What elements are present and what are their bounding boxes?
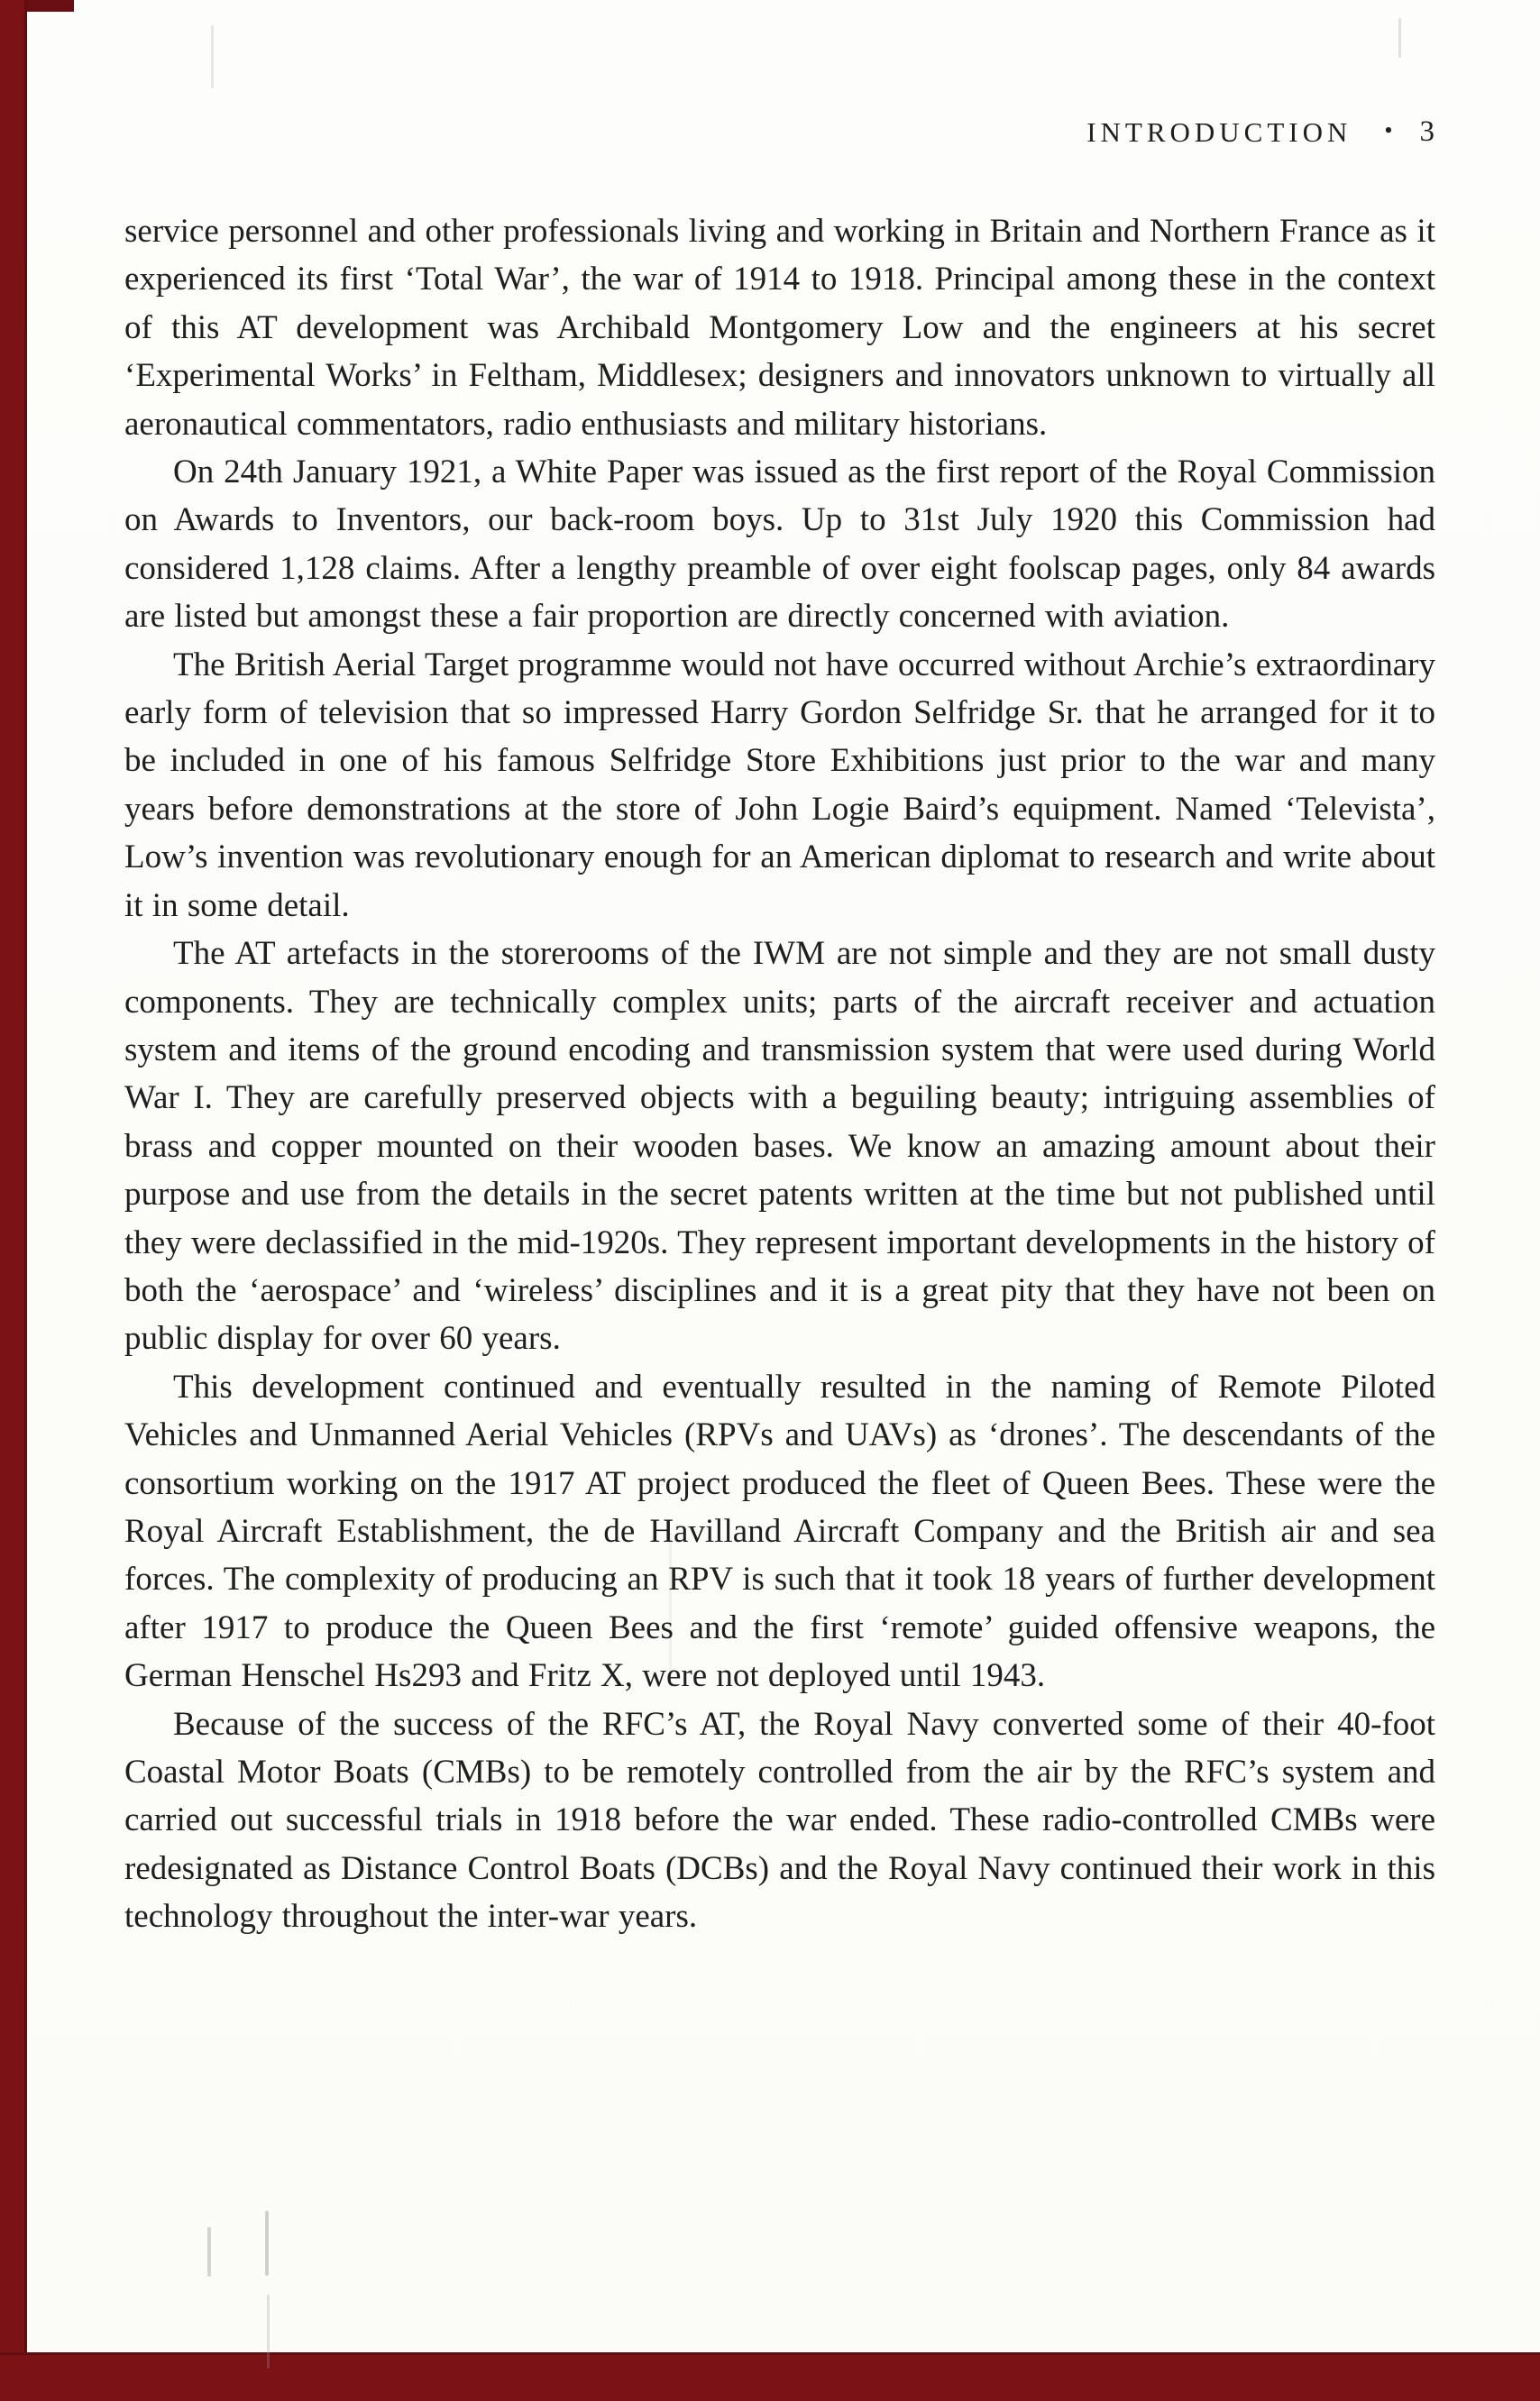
- chapter-title: INTRODUCTION: [1086, 118, 1352, 146]
- paragraph-continuation: service personnel and other professional…: [124, 207, 1435, 448]
- body-text: service personnel and other professional…: [124, 207, 1435, 1941]
- paragraph: Because of the success of the RFC’s AT, …: [124, 1700, 1435, 1941]
- scan-artifact-mark: [211, 25, 214, 88]
- scan-artifact-mark: [207, 2227, 211, 2277]
- book-cover-edge-bottom: [0, 2352, 1540, 2401]
- scan-artifact-mark: [1398, 18, 1401, 58]
- paragraph: This development continued and eventuall…: [124, 1363, 1435, 1700]
- paragraph: On 24th January 1921, a White Paper was …: [124, 448, 1435, 641]
- book-cover-corner-notch: [27, 0, 74, 12]
- page-number: 3: [1420, 117, 1436, 147]
- bullet-separator-icon: •: [1384, 119, 1392, 142]
- running-head: INTRODUCTION • 3: [1086, 117, 1435, 147]
- scanned-book-page: INTRODUCTION • 3 service personnel and o…: [0, 0, 1540, 2401]
- paragraph: The British Aerial Target programme woul…: [124, 641, 1435, 930]
- paragraph: The AT artefacts in the storerooms of th…: [124, 930, 1435, 1363]
- scan-artifact-mark: [265, 2211, 269, 2276]
- book-cover-edge-left: [0, 0, 27, 2401]
